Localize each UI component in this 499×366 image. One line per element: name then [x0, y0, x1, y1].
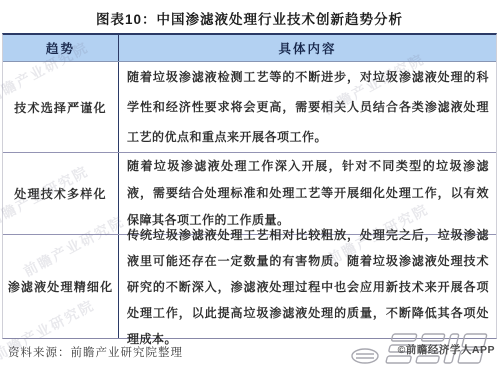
table-row: 渗滤液处理精细化 传统垃圾渗滤液处理工艺相对比较粗放，处理完之后，垃圾渗滤液里可…: [3, 234, 496, 338]
column-header-trend: 趋势: [3, 35, 119, 61]
content-cell: 随着垃圾渗滤液检测工艺等的不断进步，对垃圾渗滤液处理的科学性和经济性要求将会更高…: [119, 62, 496, 152]
table-header-row: 趋势 具体内容: [3, 35, 496, 62]
content-cell: 传统垃圾渗滤液处理工艺相对比较粗放，处理完之后，垃圾渗滤液里可能还存在一定数量的…: [119, 235, 496, 338]
column-header-content: 具体内容: [119, 35, 496, 61]
trend-table: 趋势 具体内容 技术选择严谨化 随着垃圾渗滤液检测工艺等的不断进步，对垃圾渗滤液…: [2, 33, 497, 339]
trend-cell: 渗滤液处理精细化: [3, 235, 119, 338]
figure-page: 图表10：中国渗滤液处理行业技术创新趋势分析 趋势 具体内容 技术选择严谨化 随…: [0, 0, 499, 366]
trend-cell: 处理技术多样化: [3, 153, 119, 234]
figure-title: 图表10：中国渗滤液处理行业技术创新趋势分析: [0, 0, 499, 28]
content-text: 传统垃圾渗滤液处理工艺相对比较粗放，处理完之后，垃圾渗滤液里可能还存在一定数量的…: [127, 222, 489, 352]
table-row: 技术选择严谨化 随着垃圾渗滤液检测工艺等的不断进步，对垃圾渗滤液处理的科学性和经…: [3, 62, 496, 152]
content-text: 随着垃圾渗滤液检测工艺等的不断进步，对垃圾渗滤液处理的科学性和经济性要求将会更高…: [127, 62, 489, 152]
source-note: 资料来源：前瞻产业研究院整理: [8, 344, 183, 360]
trend-cell: 技术选择严谨化: [3, 62, 119, 152]
